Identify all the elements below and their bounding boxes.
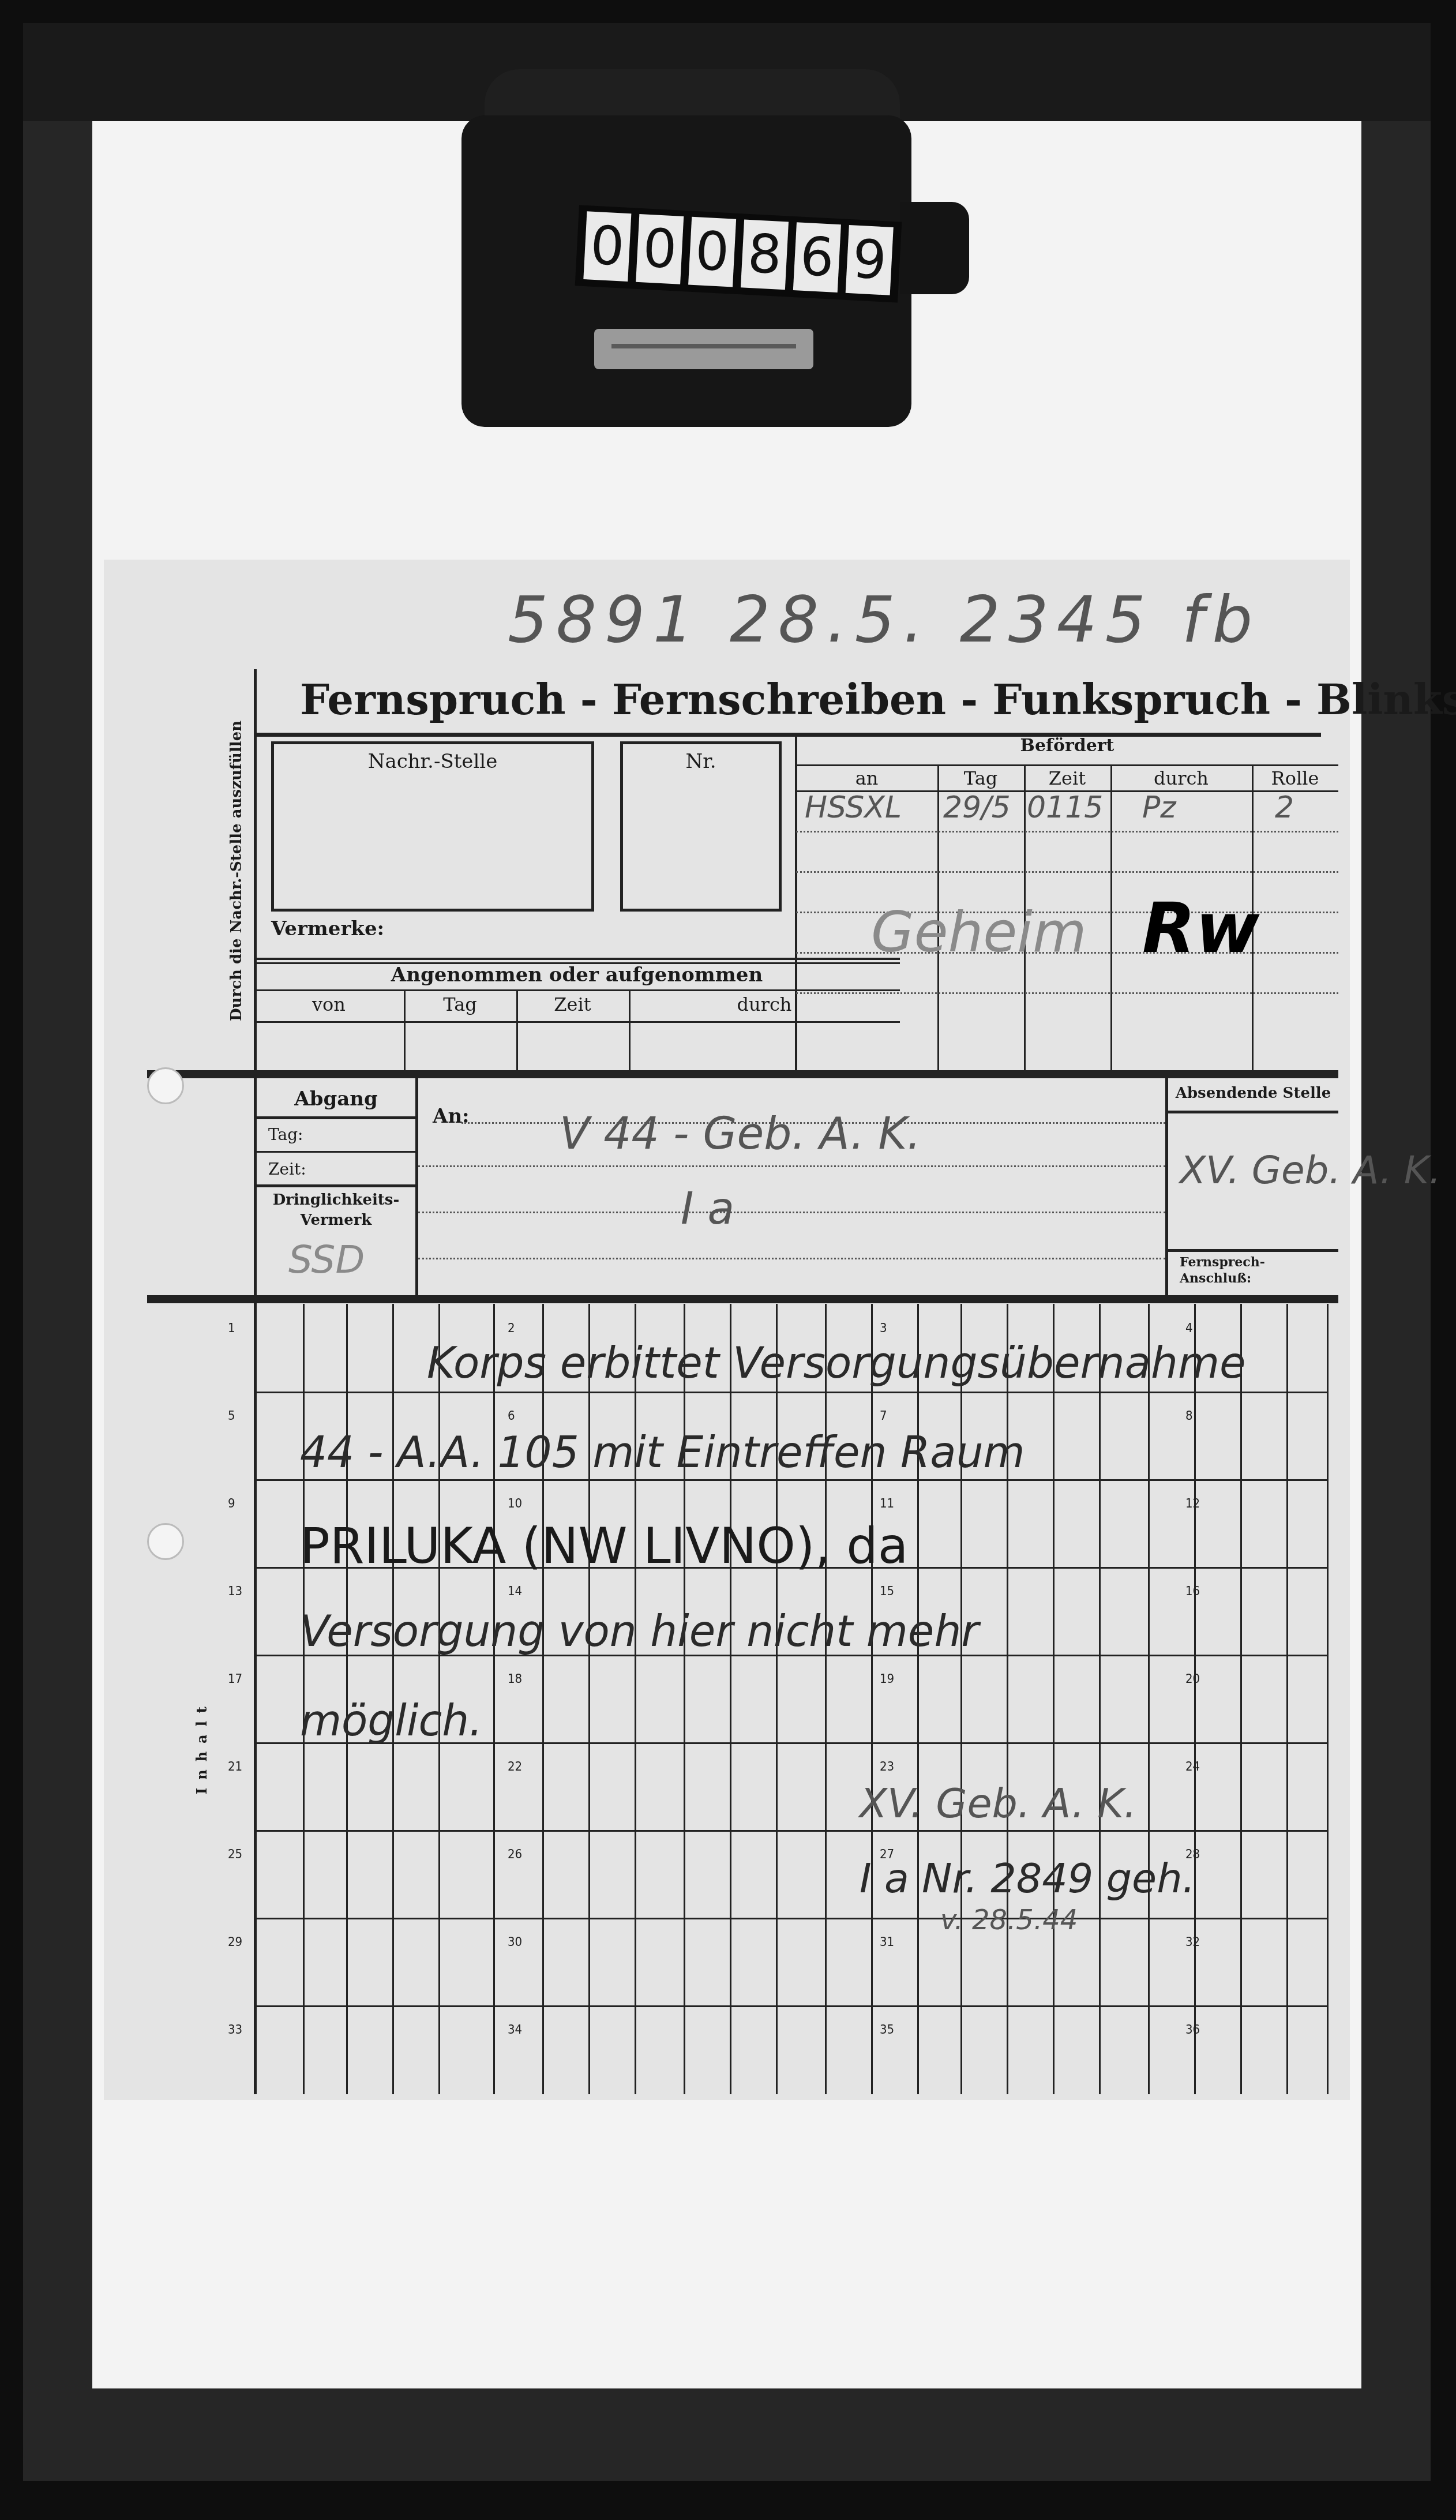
an-label: An: — [433, 1105, 470, 1128]
row-number: 23 — [880, 1760, 894, 1774]
befoerdert-zeit-value: 0115 — [1027, 790, 1103, 825]
grid-col-line — [1194, 1304, 1196, 2094]
row-number: 33 — [228, 2023, 242, 2037]
row-number: 36 — [1185, 2023, 1200, 2037]
rule — [796, 764, 1338, 766]
befoerdert-col-rolle: Rolle — [1252, 767, 1338, 789]
counter-digit: 0 — [583, 211, 631, 282]
angenommen-title: Angenommen oder aufgenommen — [254, 963, 900, 987]
message-form: 5891 28.5. 2345 fb Fernspruch - Fernschr… — [104, 560, 1350, 2100]
fernsprech-label-2: Anschluß: — [1180, 1271, 1251, 1286]
row-number: 5 — [228, 1409, 235, 1423]
grid-col-line — [1286, 1304, 1288, 2094]
row-number: 17 — [228, 1672, 242, 1686]
message-line-4: Versorgung von hier nicht mehr — [300, 1607, 979, 1656]
befoerdert-title: Befördert — [796, 736, 1338, 756]
befoerdert-tag-value: 29/5 — [943, 790, 1011, 825]
grid-row-line — [254, 1392, 1327, 1393]
nachr-stelle-label: Nachr.-Stelle — [274, 750, 591, 773]
row-number: 21 — [228, 1760, 242, 1774]
geheim-stamp: Geheim — [871, 900, 1087, 965]
signoff-line-3: v. 28.5.44 — [940, 1904, 1078, 1936]
row-number: 7 — [880, 1409, 887, 1423]
row-number: 12 — [1185, 1497, 1200, 1511]
dotted-rule — [418, 1165, 1165, 1167]
fernsprech-label-1: Fernsprech- — [1180, 1255, 1265, 1270]
row-number: 1 — [228, 1321, 235, 1336]
signoff-line-1: XV. Geb. A. K. — [860, 1780, 1136, 1827]
dotted-rule — [796, 871, 1338, 873]
form-title: Fernspruch - Fernschreiben - Funkspruch … — [300, 675, 1456, 724]
an-line-2: I a — [681, 1183, 734, 1234]
dotted-rule — [418, 1212, 1165, 1213]
row-number: 34 — [508, 2023, 522, 2037]
dotted-rule — [796, 992, 1338, 994]
row-number: 15 — [880, 1584, 894, 1599]
befoerdert-durch-value: Pz — [1142, 790, 1176, 825]
grid-col-line — [1148, 1304, 1150, 2094]
abgang-title: Abgang — [257, 1087, 415, 1111]
row-number: 3 — [880, 1321, 887, 1336]
angenommen-col-von: von — [254, 993, 404, 1015]
rule — [516, 989, 518, 1070]
angenommen-col-zeit: Zeit — [516, 993, 629, 1015]
dotted-rule — [418, 1258, 1165, 1259]
row-number: 19 — [880, 1672, 894, 1686]
grid-col-line — [1327, 1304, 1329, 2094]
befoerdert-rolle-value: 2 — [1275, 790, 1294, 825]
absendende-stelle-label: Absendende Stelle — [1168, 1085, 1338, 1102]
grid-col-line — [1007, 1304, 1008, 2094]
row-number: 10 — [508, 1497, 522, 1511]
side-label: Durch die Nachr.-Stelle auszufüllen — [228, 721, 245, 1021]
row-number: 35 — [880, 2023, 894, 2037]
rule — [1168, 1111, 1338, 1113]
row-number: 9 — [228, 1497, 235, 1511]
counter-digit: 8 — [741, 219, 789, 290]
rule — [404, 989, 406, 1070]
befoerdert-col-zeit: Zeit — [1024, 767, 1110, 789]
section-divider — [147, 1295, 1338, 1303]
row-number: 32 — [1185, 1935, 1200, 1949]
nachr-stelle-box: Nachr.-Stelle — [271, 741, 594, 912]
signoff-line-2: I a Nr. 2849 geh. — [860, 1855, 1195, 1902]
counter-digit: 9 — [846, 225, 894, 295]
row-number: 13 — [228, 1584, 242, 1599]
row-number: 18 — [508, 1672, 522, 1686]
grid-row-line — [254, 1830, 1327, 1832]
befoerdert-col-an: an — [796, 767, 937, 789]
grid-col-line — [254, 1304, 257, 2094]
grid-col-line — [542, 1304, 544, 2094]
grid-col-line — [635, 1304, 636, 2094]
rule — [1168, 1249, 1338, 1252]
befoerdert-col-durch: durch — [1110, 767, 1252, 789]
row-number: 29 — [228, 1935, 242, 1949]
dringlichkeit-label-2: Vermerk — [257, 1212, 415, 1229]
row-number: 8 — [1185, 1409, 1193, 1423]
counter-digit: 6 — [793, 222, 841, 292]
rule — [1165, 1076, 1168, 1295]
row-number: 11 — [880, 1497, 894, 1511]
rule — [629, 989, 631, 1070]
grid-col-line — [825, 1304, 827, 2094]
row-number: 31 — [880, 1935, 894, 1949]
nr-label: Nr. — [623, 750, 779, 773]
grid-col-line — [917, 1304, 919, 2094]
frame-counter-device: 0 0 0 8 6 9 — [461, 69, 992, 427]
row-number: 25 — [228, 1847, 242, 1862]
grid-col-line — [493, 1304, 495, 2094]
grid-col-line — [730, 1304, 731, 2094]
row-number: 20 — [1185, 1672, 1200, 1686]
row-number: 26 — [508, 1847, 522, 1862]
inhalt-label: Inhalt — [193, 1698, 210, 1794]
message-line-5: möglich. — [300, 1696, 483, 1746]
row-number: 2 — [508, 1321, 515, 1336]
grid-col-line — [1240, 1304, 1242, 2094]
row-number: 14 — [508, 1584, 522, 1599]
counter-window: 0 0 0 8 6 9 — [575, 205, 902, 302]
grid-col-line — [1099, 1304, 1101, 2094]
angenommen-col-tag: Tag — [404, 993, 516, 1015]
message-line-1: Korps erbittet Versorgungsübernahme — [427, 1338, 1246, 1388]
grid-col-line — [588, 1304, 590, 2094]
grid-col-line — [684, 1304, 685, 2094]
punch-hole — [147, 1067, 184, 1104]
an-line-1: V 44 - Geb. A. K. — [560, 1108, 921, 1159]
signature: Rw — [1142, 888, 1259, 969]
vermerke-label: Vermerke: — [271, 917, 384, 940]
counter-knob — [900, 202, 969, 294]
rule — [254, 958, 900, 960]
row-number: 22 — [508, 1760, 522, 1774]
nr-box: Nr. — [620, 741, 782, 912]
row-number: 6 — [508, 1409, 515, 1423]
grid-col-line — [871, 1304, 873, 2094]
row-number: 4 — [1185, 1321, 1193, 1336]
rule — [257, 1151, 415, 1153]
row-number: 24 — [1185, 1760, 1200, 1774]
punch-hole — [147, 1523, 184, 1560]
rule — [257, 1184, 415, 1187]
rule — [1110, 764, 1112, 1070]
grid-col-line — [960, 1304, 962, 2094]
angenommen-col-durch: durch — [629, 993, 900, 1015]
absendende-stelle-value: XV. Geb. A. K. — [1180, 1148, 1441, 1192]
rule — [257, 1116, 415, 1119]
abgang-zeit-label: Zeit: — [268, 1160, 306, 1179]
dotted-rule — [796, 831, 1338, 832]
handwritten-reference-number: 5891 28.5. 2345 fb — [508, 583, 1260, 657]
dringlichkeit-label-1: Dringlichkeits- — [257, 1191, 415, 1209]
grid-row-line — [254, 2005, 1327, 2007]
message-line-3: PRILUKA (NW LIVNO), da — [300, 1517, 909, 1575]
row-number: 30 — [508, 1935, 522, 1949]
grid-col-line — [776, 1304, 778, 2094]
counter-digit: 0 — [688, 217, 736, 287]
abgang-tag-label: Tag: — [268, 1125, 303, 1144]
rule — [254, 1021, 900, 1023]
befoerdert-col-tag: Tag — [937, 767, 1024, 789]
section-divider — [147, 1070, 1338, 1078]
grid-col-line — [1053, 1304, 1055, 2094]
row-number: 16 — [1185, 1584, 1200, 1599]
grid-row-line — [254, 1479, 1327, 1481]
counter-nameplate — [594, 329, 813, 369]
dringlichkeit-value: SSD — [288, 1237, 365, 1282]
rule — [254, 989, 900, 991]
message-line-2: 44 - A.A. 105 mit Eintreffen Raum — [300, 1428, 1025, 1477]
grid-row-line — [254, 1918, 1327, 1919]
counter-digit: 0 — [636, 214, 684, 284]
rule — [415, 1076, 418, 1295]
befoerdert-an-value: HSSXL — [805, 790, 902, 825]
